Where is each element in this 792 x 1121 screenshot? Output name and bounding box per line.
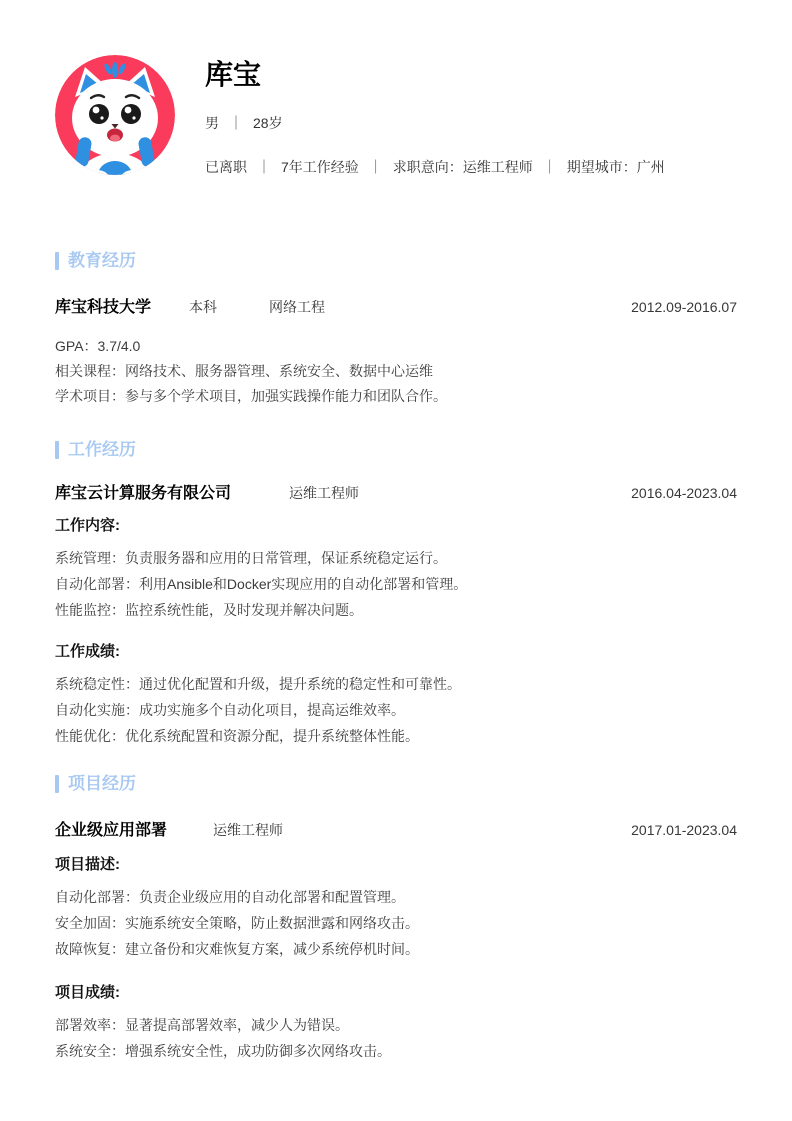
company-name: 库宝云计算服务有限公司 <box>55 484 231 504</box>
candidate-name: 库宝 <box>205 59 665 91</box>
age: 28岁 <box>253 115 283 131</box>
separator: ｜ <box>257 159 271 175</box>
project-achievement-label: 项目成绩: <box>55 984 737 1002</box>
work-content-label: 工作内容: <box>55 517 737 535</box>
header-info: 库宝 男｜28岁 已离职｜7年工作经验｜求职意向：运维工程师｜期望城市：广州 <box>205 55 665 177</box>
work-date-range: 2016.04-2023.04 <box>631 485 737 501</box>
resume-page: 库宝 男｜28岁 已离职｜7年工作经验｜求职意向：运维工程师｜期望城市：广州 教… <box>0 0 792 1121</box>
section-project: 项目经历 企业级应用部署 运维工程师 2017.01-2023.04 项目描述:… <box>55 773 737 1064</box>
section-accent-bar <box>55 441 59 459</box>
section-work: 工作经历 库宝云计算服务有限公司 运维工程师 2016.04-2023.04 工… <box>55 439 737 749</box>
education-entry-row: 库宝科技大学 本科 网络工程 2012.09-2016.07 <box>55 297 737 317</box>
project-desc-list: 自动化部署：负责企业级应用的自动化部署和配置管理。 安全加固：实施系统安全策略，… <box>55 884 737 962</box>
section-accent-bar <box>55 775 59 793</box>
section-education: 教育经历 库宝科技大学 本科 网络工程 2012.09-2016.07 GPA：… <box>55 250 737 409</box>
major: 网络工程 <box>269 297 325 317</box>
cat-mascot-icon <box>55 55 175 175</box>
project-desc-label: 项目描述: <box>55 856 737 874</box>
section-accent-bar <box>55 252 59 270</box>
expected-city: 期望城市：广州 <box>567 159 665 175</box>
education-date-range: 2012.09-2016.07 <box>631 299 737 315</box>
project-name: 企业级应用部署 <box>55 821 167 841</box>
project-entry-row: 企业级应用部署 运维工程师 2017.01-2023.04 <box>55 820 737 840</box>
separator: ｜ <box>229 115 243 131</box>
work-role: 运维工程师 <box>289 483 359 503</box>
education-detail-line: 相关课程：网络技术、服务器管理、系统安全、数据中心运维 <box>55 359 737 384</box>
work-achievement-line: 系统稳定性：通过优化配置和升级，提升系统的稳定性和可靠性。 <box>55 671 737 697</box>
project-section-title: 项目经历 <box>68 773 136 795</box>
gender-age-line: 男｜28岁 <box>205 113 665 133</box>
education-detail-line: GPA：3.7/4.0 <box>55 334 737 359</box>
work-content-list: 系统管理：负责服务器和应用的日常管理，保证系统稳定运行。 自动化部署：利用Ans… <box>55 545 737 623</box>
job-status: 已离职 <box>205 159 247 175</box>
project-achievement-list: 部署效率：显著提高部署效率，减少人为错误。 系统安全：增强系统安全性，成功防御多… <box>55 1012 737 1064</box>
work-section-title: 工作经历 <box>68 439 136 461</box>
summary-line: 已离职｜7年工作经验｜求职意向：运维工程师｜期望城市：广州 <box>205 157 665 177</box>
school-name: 库宝科技大学 <box>55 298 151 318</box>
resume-header: 库宝 男｜28岁 已离职｜7年工作经验｜求职意向：运维工程师｜期望城市：广州 <box>55 55 737 177</box>
work-entry-row: 库宝云计算服务有限公司 运维工程师 2016.04-2023.04 <box>55 483 737 503</box>
education-section-header: 教育经历 <box>55 250 737 272</box>
separator: ｜ <box>543 159 557 175</box>
work-section-header: 工作经历 <box>55 439 737 461</box>
work-content-line: 系统管理：负责服务器和应用的日常管理，保证系统稳定运行。 <box>55 545 737 571</box>
degree: 本科 <box>189 297 217 317</box>
gender: 男 <box>205 115 219 131</box>
separator: ｜ <box>369 159 383 175</box>
job-intention: 求职意向：运维工程师 <box>393 159 533 175</box>
project-date-range: 2017.01-2023.04 <box>631 822 737 838</box>
project-desc-line: 安全加固：实施系统安全策略，防止数据泄露和网络攻击。 <box>55 910 737 936</box>
education-details: GPA：3.7/4.0 相关课程：网络技术、服务器管理、系统安全、数据中心运维 … <box>55 334 737 409</box>
work-achievement-line: 自动化实施：成功实施多个自动化项目，提高运维效率。 <box>55 697 737 723</box>
education-detail-line: 学术项目：参与多个学术项目，加强实践操作能力和团队合作。 <box>55 384 737 409</box>
project-role: 运维工程师 <box>213 820 283 840</box>
work-content-line: 自动化部署：利用Ansible和Docker实现应用的自动化部署和管理。 <box>55 571 737 597</box>
experience-years: 7年工作经验 <box>281 159 359 175</box>
project-section-header: 项目经历 <box>55 773 737 795</box>
work-content-line: 性能监控：监控系统性能，及时发现并解决问题。 <box>55 597 737 623</box>
work-achievement-list: 系统稳定性：通过优化配置和升级，提升系统的稳定性和可靠性。 自动化实施：成功实施… <box>55 671 737 749</box>
project-desc-line: 自动化部署：负责企业级应用的自动化部署和配置管理。 <box>55 884 737 910</box>
project-achievement-line: 部署效率：显著提高部署效率，减少人为错误。 <box>55 1012 737 1038</box>
education-section-title: 教育经历 <box>68 250 136 272</box>
project-achievement-line: 系统安全：增强系统安全性，成功防御多次网络攻击。 <box>55 1038 737 1064</box>
work-achievement-line: 性能优化：优化系统配置和资源分配，提升系统整体性能。 <box>55 723 737 749</box>
avatar <box>55 55 175 175</box>
work-achievement-label: 工作成绩: <box>55 643 737 661</box>
project-desc-line: 故障恢复：建立备份和灾难恢复方案，减少系统停机时间。 <box>55 936 737 962</box>
